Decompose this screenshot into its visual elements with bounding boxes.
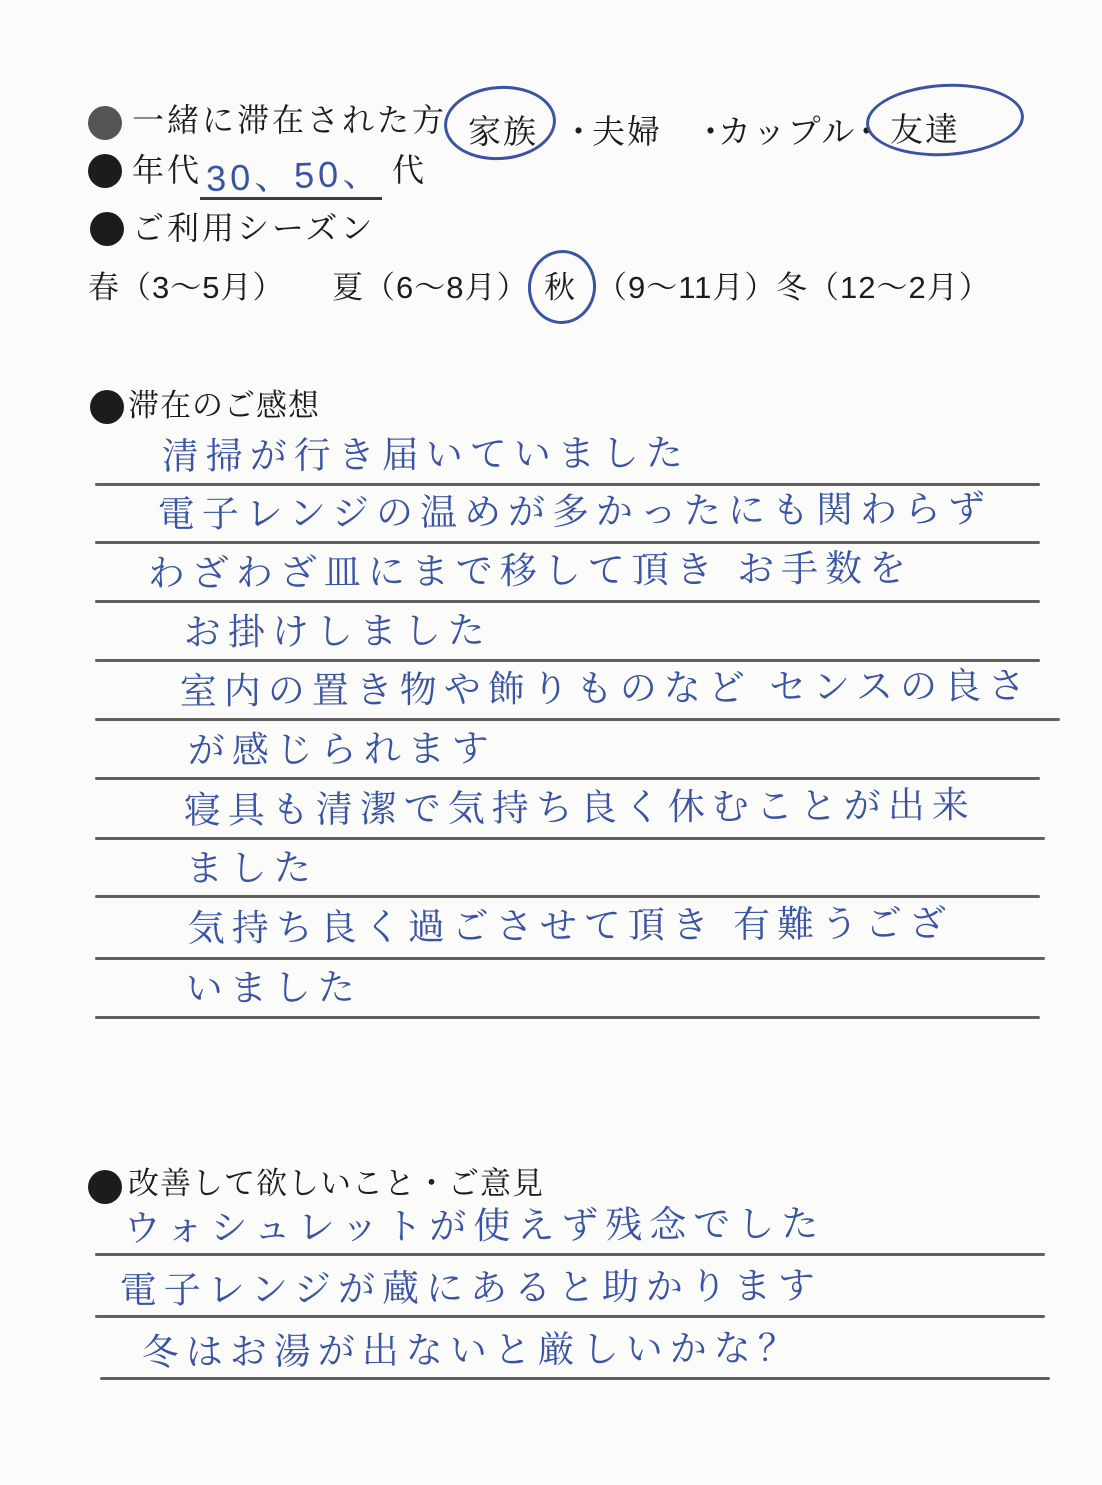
improvement-line: 電子レンジが蔵にあると助かります [120, 1259, 822, 1314]
season-winter-range: （12〜2月） [808, 270, 991, 305]
season-autumn-range: （9〜11月） [596, 270, 776, 306]
impression-line: 気持ち良く過ごさせて頂き 有難うござ [188, 897, 954, 952]
impressions-heading: 滞在のご感想 [128, 388, 320, 424]
companion-option-couple-married: 夫婦 [592, 106, 662, 153]
season-option-winter: 冬（12〜2月） [776, 270, 991, 306]
season-autumn-label: 秋 [544, 270, 576, 306]
age-answer-underline [200, 197, 382, 200]
age-value-handwritten: 30、50、 [205, 145, 383, 202]
season-summer-label: 夏 [332, 270, 364, 305]
season-summer-range: （6〜8月） [364, 270, 528, 305]
impression-line: 室内の置き物や飾りものなど センスの良さ [180, 659, 1033, 715]
companion-option-couple: カップル [718, 106, 856, 153]
survey-form-scan: 一緒に滞在された方 家族 ・ 夫婦 ・ カップル ・ 友達 年代 30、50、 … [0, 0, 1102, 1485]
ruled-line [95, 1315, 1045, 1318]
impression-line: ました [186, 841, 318, 892]
improvement-line: ウォシュレットが使えず残念でした [124, 1197, 826, 1252]
companions-label: 一緒に滞在された方 [132, 102, 447, 139]
bullet-icon [88, 106, 122, 140]
impression-line: いました [186, 961, 362, 1012]
bullet-icon [88, 154, 122, 188]
age-label: 年代 [132, 152, 202, 189]
impression-line: 寝具も清潔で気持ち良く休むことが出来 [184, 778, 976, 834]
companion-option-friends: 友達 [890, 104, 960, 151]
companion-option-family: 家族 [468, 106, 538, 153]
season-option-spring: 春（3〜5月） [88, 270, 284, 306]
ruled-line [95, 1016, 1040, 1019]
ruled-line [95, 1253, 1045, 1256]
improvement-line: 冬はお湯が出ないと厳しいかな？ [142, 1321, 802, 1376]
season-spring-range: （3〜5月） [120, 270, 284, 305]
age-suffix: 代 [392, 152, 427, 189]
season-option-summer: 夏（6〜8月） [332, 270, 528, 306]
impression-line: わざわざ皿にまで移して頂き お手数を [148, 542, 914, 597]
impression-line: 電子レンジの温めが多かったにも関わらず [158, 482, 992, 538]
impression-line: 清掃が行き届いていました [162, 426, 690, 480]
impression-line: が感じられます [188, 722, 496, 774]
season-winter-label: 冬 [776, 270, 808, 305]
ruled-line [100, 1377, 1050, 1380]
bullet-icon [88, 1170, 122, 1204]
season-spring-label: 春 [88, 270, 120, 305]
bullet-icon [90, 212, 124, 246]
bullet-icon [90, 390, 124, 424]
season-label: ご利用シーズン [132, 210, 375, 247]
impression-line: お掛けしました [184, 604, 492, 656]
